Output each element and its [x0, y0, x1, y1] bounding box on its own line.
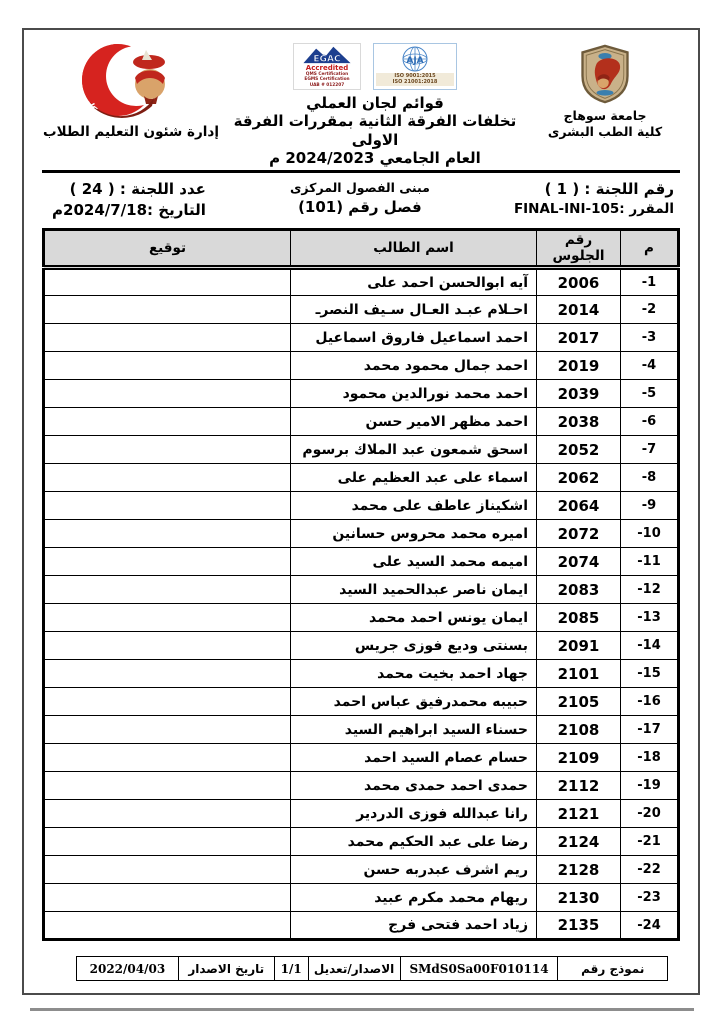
seat-number: 2121: [537, 800, 621, 828]
signature-cell: [44, 268, 291, 296]
signature-cell: [44, 856, 291, 884]
student-name: احمد جمال محمود محمد: [291, 352, 537, 380]
student-name: بسنتى وديع فوزى جريس: [291, 632, 537, 660]
student-name: رضا على عبد الحكيم محمد: [291, 828, 537, 856]
aja-iso-text: ISO 9001:2015 ISO 21001:2018: [376, 73, 454, 86]
seat-number: 2074: [537, 548, 621, 576]
committee-count: عدد اللجنة : ( 24 ): [52, 180, 206, 198]
table-row: -13 2085 ايمان يونس احمد محمد: [44, 604, 679, 632]
page-header: جامعة سوهاج كلية الطب البشرى EGAC Accred…: [42, 40, 680, 173]
table-row: -18 2109 حسام عصام السيد احمد: [44, 744, 679, 772]
student-name: ريهام محمد مكرم عبيد: [291, 884, 537, 912]
scan-edge-line: [30, 1008, 694, 1011]
signature-cell: [44, 660, 291, 688]
signature-cell: [44, 716, 291, 744]
table-row: -10 2072 اميره محمد محروس حسانين: [44, 520, 679, 548]
seat-number: 2038: [537, 408, 621, 436]
table-row: -3 2017 احمد اسماعيل فاروق اسماعيل: [44, 324, 679, 352]
form-footer: نموذج رقم SMdS0Sa00F010114 الاصدار/تعديل…: [42, 948, 680, 981]
seat-number: 2130: [537, 884, 621, 912]
table-body: -1 2006 آيه ابوالحسن احمد على -2 2014 اح…: [44, 268, 679, 940]
signature-cell: [44, 548, 291, 576]
student-name: اسماء على عبد العظيم على: [291, 464, 537, 492]
header-seat-number: رقم الجلوس: [537, 230, 621, 268]
svg-text:AJA: AJA: [406, 56, 423, 66]
table-row: -15 2101 جهاد احمد بخيت محمد: [44, 660, 679, 688]
student-name: آيه ابوالحسن احمد على: [291, 268, 537, 296]
red-crescent-logo-icon: جامعة سوهاج كلية الطب: [56, 42, 206, 122]
student-name: احـلام عبـد العـال سـيف النصرـ: [291, 296, 537, 324]
accreditation-logos: EGAC Accredited QMS Certification EGMS C…: [220, 43, 530, 90]
row-serial: -21: [621, 828, 679, 856]
table-row: -21 2124 رضا على عبد الحكيم محمد: [44, 828, 679, 856]
document-title-line3: العام الجامعي 2024/2023 م: [220, 149, 530, 167]
aja-accreditation-logo-icon: AJA ISO 9001:2015 ISO 21001:2018: [373, 43, 457, 90]
student-name: ايمان ناصر عبدالحميد السيد: [291, 576, 537, 604]
row-serial: -9: [621, 492, 679, 520]
student-name: حمدى احمد حمدى محمد: [291, 772, 537, 800]
seat-number: 2083: [537, 576, 621, 604]
student-name: اميمه محمد السيد على: [291, 548, 537, 576]
students-table: م رقم الجلوس اسم الطالب توقيع -1 2006 آي…: [42, 228, 680, 941]
signature-cell: [44, 632, 291, 660]
table-row: -17 2108 حسناء السيد ابراهيم السيد: [44, 716, 679, 744]
signature-cell: [44, 688, 291, 716]
info-count-date: عدد اللجنة : ( 24 ) التاريخ :2024/7/18م: [52, 180, 206, 219]
seat-number: 2109: [537, 744, 621, 772]
row-serial: -2: [621, 296, 679, 324]
seat-number: 2017: [537, 324, 621, 352]
signature-cell: [44, 324, 291, 352]
students-table-header: م رقم الجلوس اسم الطالب توقيع: [44, 230, 679, 268]
student-affairs-caption: إدارة شئون التعليم الطلاب: [43, 124, 219, 140]
egac-accreditation-logo-icon: EGAC Accredited QMS Certification EGMS C…: [293, 43, 361, 90]
issue-date-value: 2022/04/03: [77, 957, 179, 981]
student-name: حسام عصام السيد احمد: [291, 744, 537, 772]
row-serial: -12: [621, 576, 679, 604]
table-row: -2 2014 احـلام عبـد العـال سـيف النصرـ: [44, 296, 679, 324]
table-row: -9 2064 اشكيناز عاطف على محمد: [44, 492, 679, 520]
signature-cell: [44, 828, 291, 856]
seat-number: 2105: [537, 688, 621, 716]
signature-cell: [44, 604, 291, 632]
header-serial: م: [621, 230, 679, 268]
seat-number: 2006: [537, 268, 621, 296]
form-number-label: نموذج رقم: [558, 957, 668, 981]
student-name: حسناء السيد ابراهيم السيد: [291, 716, 537, 744]
table-row: -5 2039 احمد محمد نورالدين محمود: [44, 380, 679, 408]
seat-number: 2085: [537, 604, 621, 632]
signature-cell: [44, 492, 291, 520]
table-row: -14 2091 بسنتى وديع فوزى جريس: [44, 632, 679, 660]
signature-cell: [44, 576, 291, 604]
row-serial: -20: [621, 800, 679, 828]
seat-number: 2101: [537, 660, 621, 688]
table-row: -11 2074 اميمه محمد السيد على: [44, 548, 679, 576]
seat-number: 2014: [537, 296, 621, 324]
issue-date-label: تاريخ الاصدار: [178, 957, 274, 981]
row-serial: -11: [621, 548, 679, 576]
info-committee: رقم اللجنة : ( 1 ) المقرر :FINAL-INI-105: [514, 180, 674, 219]
row-serial: -19: [621, 772, 679, 800]
signature-cell: [44, 352, 291, 380]
student-name: اميره محمد محروس حسانين: [291, 520, 537, 548]
table-row: -16 2105 حبيبه محمدرفيق عباس احمد: [44, 688, 679, 716]
svg-text:EGAC: EGAC: [313, 54, 341, 64]
student-name: رانا عبدالله فوزى الدردير: [291, 800, 537, 828]
table-row: -19 2112 حمدى احمد حمدى محمد: [44, 772, 679, 800]
row-serial: -24: [621, 912, 679, 940]
egac-accredited-label: Accredited: [306, 65, 348, 72]
signature-cell: [44, 912, 291, 940]
table-row: -20 2121 رانا عبدالله فوزى الدردير: [44, 800, 679, 828]
student-name: احمد مظهر الامير حسن: [291, 408, 537, 436]
room-number: فصل رقم (101): [290, 198, 430, 216]
row-serial: -1: [621, 268, 679, 296]
row-serial: -5: [621, 380, 679, 408]
seat-number: 2108: [537, 716, 621, 744]
signature-cell: [44, 800, 291, 828]
seat-number: 2052: [537, 436, 621, 464]
table-row: -6 2038 احمد مظهر الامير حسن: [44, 408, 679, 436]
student-name: احمد محمد نورالدين محمود: [291, 380, 537, 408]
seat-number: 2124: [537, 828, 621, 856]
student-name: احمد اسماعيل فاروق اسماعيل: [291, 324, 537, 352]
student-name: ريم اشرف عبدربه حسن: [291, 856, 537, 884]
header-student-name: اسم الطالب: [291, 230, 537, 268]
form-number-value: SMdS0Sa00F010114: [400, 957, 558, 981]
table-row: -8 2062 اسماء على عبد العظيم على: [44, 464, 679, 492]
table-row: -1 2006 آيه ابوالحسن احمد على: [44, 268, 679, 296]
seat-number: 2112: [537, 772, 621, 800]
row-serial: -22: [621, 856, 679, 884]
issue-value: 1/1: [274, 957, 308, 981]
table-row: -12 2083 ايمان ناصر عبدالحميد السيد: [44, 576, 679, 604]
signature-cell: [44, 464, 291, 492]
table-row: -4 2019 احمد جمال محمود محمد: [44, 352, 679, 380]
svg-text:جامعة سوهاج: جامعة سوهاج: [56, 42, 61, 45]
form-metadata-table: نموذج رقم SMdS0Sa00F010114 الاصدار/تعديل…: [76, 956, 668, 981]
issue-label: الاصدار/تعديل: [308, 957, 400, 981]
row-serial: -10: [621, 520, 679, 548]
student-affairs-block: جامعة سوهاج كلية الطب إدارة شئون التعليم…: [42, 40, 220, 140]
row-serial: -14: [621, 632, 679, 660]
signature-cell: [44, 408, 291, 436]
row-serial: -4: [621, 352, 679, 380]
seat-number: 2039: [537, 380, 621, 408]
header-signature: توقيع: [44, 230, 291, 268]
row-serial: -17: [621, 716, 679, 744]
row-serial: -7: [621, 436, 679, 464]
row-serial: -13: [621, 604, 679, 632]
table-row: -7 2052 اسحق شمعون عبد الملاك برسوم: [44, 436, 679, 464]
university-name: جامعة سوهاج: [564, 108, 647, 124]
seat-number: 2128: [537, 856, 621, 884]
signature-cell: [44, 884, 291, 912]
seat-number: 2064: [537, 492, 621, 520]
row-serial: -15: [621, 660, 679, 688]
table-row: -22 2128 ريم اشرف عبدربه حسن: [44, 856, 679, 884]
student-name: زياد احمد فتحى فرج: [291, 912, 537, 940]
seat-number: 2019: [537, 352, 621, 380]
table-row: -24 2135 زياد احمد فتحى فرج: [44, 912, 679, 940]
row-serial: -6: [621, 408, 679, 436]
building-name: مبنى الفصول المركزى: [290, 180, 430, 195]
seat-number: 2135: [537, 912, 621, 940]
row-serial: -3: [621, 324, 679, 352]
header-center: EGAC Accredited QMS Certification EGMS C…: [220, 40, 530, 167]
signature-cell: [44, 744, 291, 772]
student-name: اشكيناز عاطف على محمد: [291, 492, 537, 520]
committee-list-page: جامعة سوهاج كلية الطب البشرى EGAC Accred…: [22, 28, 700, 995]
document-title-line2: تخلفات الفرقة الثانية بمقررات الفرقة الا…: [220, 112, 530, 149]
document-title-line1: قوائم لجان العملي: [220, 94, 530, 112]
row-serial: -16: [621, 688, 679, 716]
exam-info-strip: رقم اللجنة : ( 1 ) المقرر :FINAL-INI-105…: [42, 173, 680, 228]
seat-number: 2091: [537, 632, 621, 660]
university-shield-logo-icon: [576, 44, 634, 108]
committee-number: رقم اللجنة : ( 1 ): [514, 180, 674, 198]
course-code: المقرر :FINAL-INI-105: [514, 201, 674, 217]
student-name: حبيبه محمدرفيق عباس احمد: [291, 688, 537, 716]
seat-number: 2062: [537, 464, 621, 492]
row-serial: -8: [621, 464, 679, 492]
signature-cell: [44, 520, 291, 548]
signature-cell: [44, 436, 291, 464]
signature-cell: [44, 296, 291, 324]
faculty-name: كلية الطب البشرى: [548, 124, 662, 140]
student-name: جهاد احمد بخيت محمد: [291, 660, 537, 688]
exam-date: التاريخ :2024/7/18م: [52, 201, 206, 219]
university-block: جامعة سوهاج كلية الطب البشرى: [530, 40, 680, 139]
egac-certification-text: QMS Certification EGMS Certification UAB…: [304, 72, 349, 88]
row-serial: -23: [621, 884, 679, 912]
table-row: -23 2130 ريهام محمد مكرم عبيد: [44, 884, 679, 912]
seat-number: 2072: [537, 520, 621, 548]
signature-cell: [44, 772, 291, 800]
document-canvas: جامعة سوهاج كلية الطب البشرى EGAC Accred…: [0, 0, 724, 1024]
student-name: اسحق شمعون عبد الملاك برسوم: [291, 436, 537, 464]
signature-cell: [44, 380, 291, 408]
info-location: مبنى الفصول المركزى فصل رقم (101): [290, 180, 430, 219]
student-name: ايمان يونس احمد محمد: [291, 604, 537, 632]
row-serial: -18: [621, 744, 679, 772]
